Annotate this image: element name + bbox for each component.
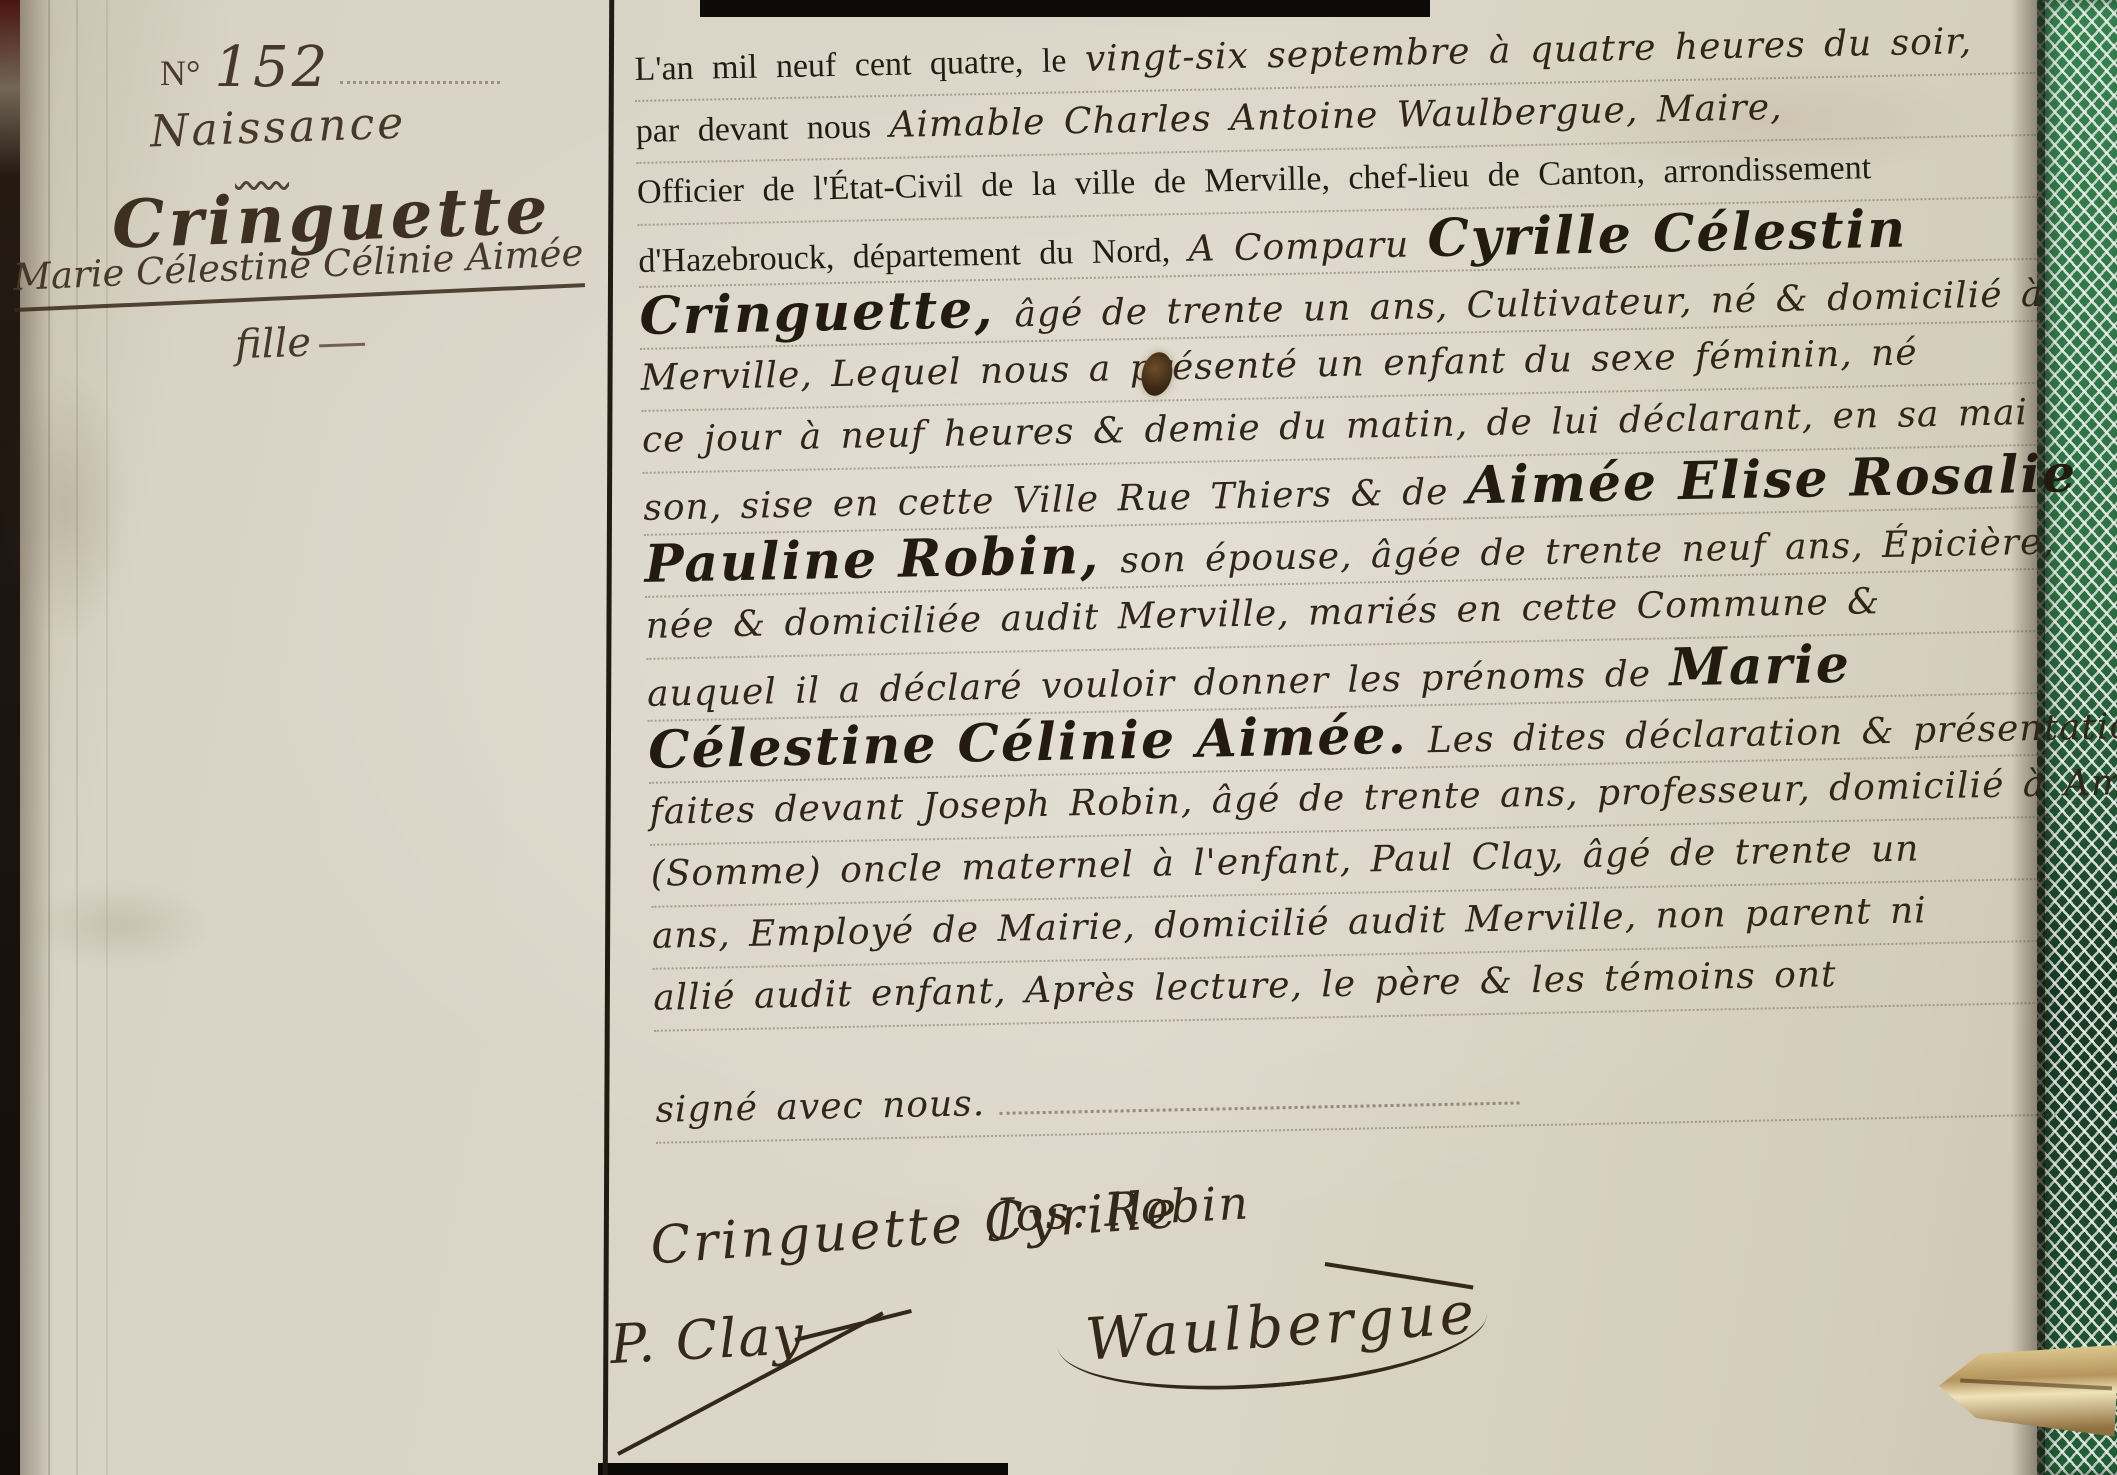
act-number: 152 [214, 42, 330, 94]
signature-witness-robin: Jos. Robin [994, 1175, 1252, 1242]
body-lines: L'an mil neuf cent quatre, le vingt-six … [634, 12, 2056, 1144]
handwritten-text: son épouse, âgée de trente neuf ans, Épi… [1120, 522, 2055, 582]
handwritten-text: vingt-six septembre à quatre heures du s… [1084, 21, 1972, 80]
body-line: signé avec nous. [655, 1054, 2056, 1144]
page-edge-line [48, 0, 50, 1475]
signature-flourish [795, 1309, 912, 1342]
handwritten-text: Aimable Charles Antoine Waulbergue, Mair… [889, 87, 1783, 146]
scanned-register-photo: N° 152 Naissance Cringuette Marie Célest… [0, 0, 2117, 1475]
binding-edge [0, 0, 20, 1475]
handwritten-text: Cyrille Célestin [1427, 198, 1908, 269]
handwritten-text: Les dites déclaration & présentation [1427, 706, 2117, 762]
printed-text: d'Hazebrouck, département du Nord, [638, 232, 1189, 280]
handwritten-text: Aimée Elise Rosalie [1466, 443, 2078, 516]
handwritten-text: Cringuette, [639, 278, 1015, 347]
margin-rule [603, 0, 614, 1475]
margin-child-sex: fille [234, 318, 365, 369]
scan-dark-bar-bottom [598, 1463, 1008, 1475]
act-number-row: N° 152 [160, 42, 500, 94]
dotted-rule [340, 81, 500, 84]
handwritten-text: A Comparu [1188, 224, 1428, 270]
act-body-text: L'an mil neuf cent quatre, le vingt-six … [634, 12, 2056, 1144]
printed-text: par devant nous [635, 108, 889, 150]
paper-stain [30, 880, 210, 970]
signature-witness-clay: P. Clay [608, 1303, 806, 1376]
page-edge-line [76, 0, 78, 1475]
dotted-rule [999, 1101, 1519, 1114]
signature-flourish [1052, 1251, 1492, 1409]
handwritten-text: Marie [1669, 634, 1852, 699]
scan-dark-bar [700, 0, 1430, 17]
handwritten-text: signé avec nous. [655, 1083, 985, 1131]
child-names-text: Marie Célestine Célinie Aimée [12, 231, 585, 312]
handwritten-text: Pauline Robin, [644, 524, 1121, 595]
handwritten-text: son, sise en cette Ville Rue Thiers & de [643, 471, 1467, 529]
printed-text: L'an mil neuf cent quatre, le [634, 42, 1085, 88]
page-edge-line [106, 0, 108, 1475]
number-label: N° [160, 52, 200, 94]
